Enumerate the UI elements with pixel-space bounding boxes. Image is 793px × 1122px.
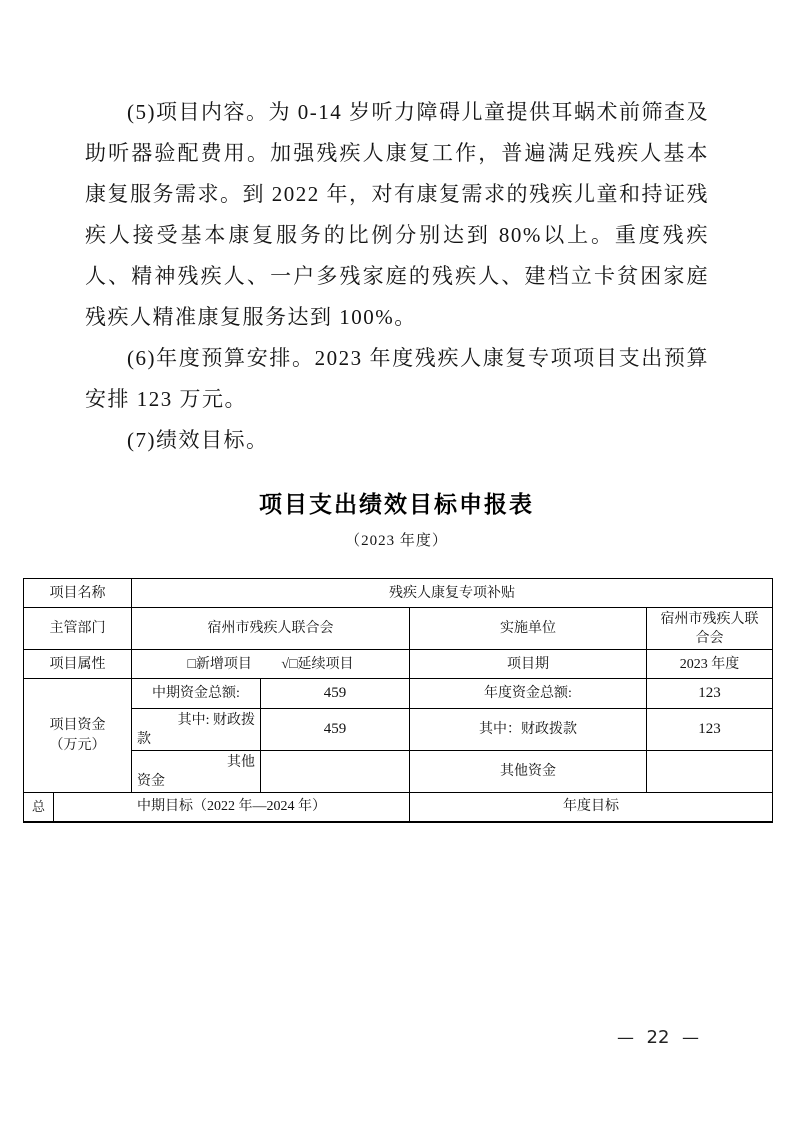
annual-total-value: 123 bbox=[647, 679, 773, 709]
paragraph-project-content: (5)项目内容。为 0-14 岁听力障碍儿童提供耳蜗术前筛查及助听器验配费用。加… bbox=[85, 92, 709, 338]
annual-fiscal-value: 123 bbox=[647, 709, 773, 751]
project-funds-label-line1: 项目资金 bbox=[27, 716, 128, 736]
mid-term-fiscal-label-line1: 其中: 财政拨 bbox=[135, 711, 257, 730]
mid-term-total-label: 中期资金总额: bbox=[132, 679, 261, 709]
mid-term-other-label: 其他 资金 bbox=[132, 751, 261, 793]
overall-goal-label: 总 bbox=[24, 793, 54, 822]
mid-term-fiscal-label-line2: 款 bbox=[135, 730, 257, 749]
project-period-value: 2023 年度 bbox=[647, 650, 773, 679]
page-number: — 22 — bbox=[617, 1027, 699, 1048]
row-project-attribute: 项目属性 □新增项目 √□延续项目 项目期 2023 年度 bbox=[24, 650, 773, 679]
continue-project-checkbox-option: √□延续项目 bbox=[281, 657, 353, 672]
competent-dept-label: 主管部门 bbox=[24, 608, 132, 650]
project-name-label: 项目名称 bbox=[24, 579, 132, 608]
new-project-checkbox-option: □新增项目 bbox=[187, 657, 251, 672]
implement-unit-value-line2: 合会 bbox=[650, 629, 769, 648]
performance-target-table: 项目名称 残疾人康复专项补贴 主管部门 宿州市残疾人联合会 实施单位 宿州市残疾… bbox=[23, 578, 773, 823]
project-name-value: 残疾人康复专项补贴 bbox=[132, 579, 773, 608]
project-funds-label: 项目资金 （万元） bbox=[24, 679, 132, 793]
implement-unit-value-line1: 宿州市残疾人联 bbox=[650, 610, 769, 629]
annual-total-label: 年度资金总额: bbox=[410, 679, 647, 709]
project-attr-label: 项目属性 bbox=[24, 650, 132, 679]
project-funds-label-line2: （万元） bbox=[27, 736, 128, 756]
annual-fiscal-label: 其中：财政拨款 bbox=[410, 709, 647, 751]
implement-unit-label: 实施单位 bbox=[410, 608, 647, 650]
row-funds-other: 其他 资金 其他资金 bbox=[24, 751, 773, 793]
mid-term-goal-label: 中期目标（2022 年—2024 年） bbox=[54, 793, 410, 822]
mid-term-other-value bbox=[261, 751, 410, 793]
mid-term-total-value: 459 bbox=[261, 679, 410, 709]
annual-other-label: 其他资金 bbox=[410, 751, 647, 793]
row-funds-total: 项目资金 （万元） 中期资金总额: 459 年度资金总额: 123 bbox=[24, 679, 773, 709]
mid-term-fiscal-label: 其中: 财政拨 款 bbox=[132, 709, 261, 751]
page-number-right-dash: — bbox=[682, 1028, 699, 1048]
row-goals: 总 中期目标（2022 年—2024 年） 年度目标 bbox=[24, 793, 773, 822]
row-departments: 主管部门 宿州市残疾人联合会 实施单位 宿州市残疾人联 合会 bbox=[24, 608, 773, 650]
paragraph-performance-target: (7)绩效目标。 bbox=[85, 420, 709, 461]
body-text: (5)项目内容。为 0-14 岁听力障碍儿童提供耳蜗术前筛查及助听器验配费用。加… bbox=[85, 92, 709, 461]
mid-term-other-label-line1: 其他 bbox=[135, 753, 257, 772]
row-funds-fiscal: 其中: 财政拨 款 459 其中：财政拨款 123 bbox=[24, 709, 773, 751]
mid-term-other-label-line2: 资金 bbox=[135, 772, 257, 791]
page-number-value: 22 bbox=[647, 1027, 670, 1048]
table-title: 项目支出绩效目标申报表 bbox=[0, 486, 793, 519]
row-project-name: 项目名称 残疾人康复专项补贴 bbox=[24, 579, 773, 608]
project-period-label: 项目期 bbox=[410, 650, 647, 679]
table-subtitle: （2023 年度） bbox=[0, 529, 793, 550]
competent-dept-value: 宿州市残疾人联合会 bbox=[132, 608, 410, 650]
implement-unit-value: 宿州市残疾人联 合会 bbox=[647, 608, 773, 650]
annual-other-value bbox=[647, 751, 773, 793]
annual-goal-label: 年度目标 bbox=[410, 793, 773, 822]
page-number-left-dash: — bbox=[617, 1028, 634, 1048]
mid-term-fiscal-value: 459 bbox=[261, 709, 410, 751]
document-page: (5)项目内容。为 0-14 岁听力障碍儿童提供耳蜗术前筛查及助听器验配费用。加… bbox=[0, 0, 793, 1122]
project-attr-options: □新增项目 √□延续项目 bbox=[132, 650, 410, 679]
paragraph-annual-budget: (6)年度预算安排。2023 年度残疾人康复专项项目支出预算安排 123 万元。 bbox=[85, 338, 709, 420]
